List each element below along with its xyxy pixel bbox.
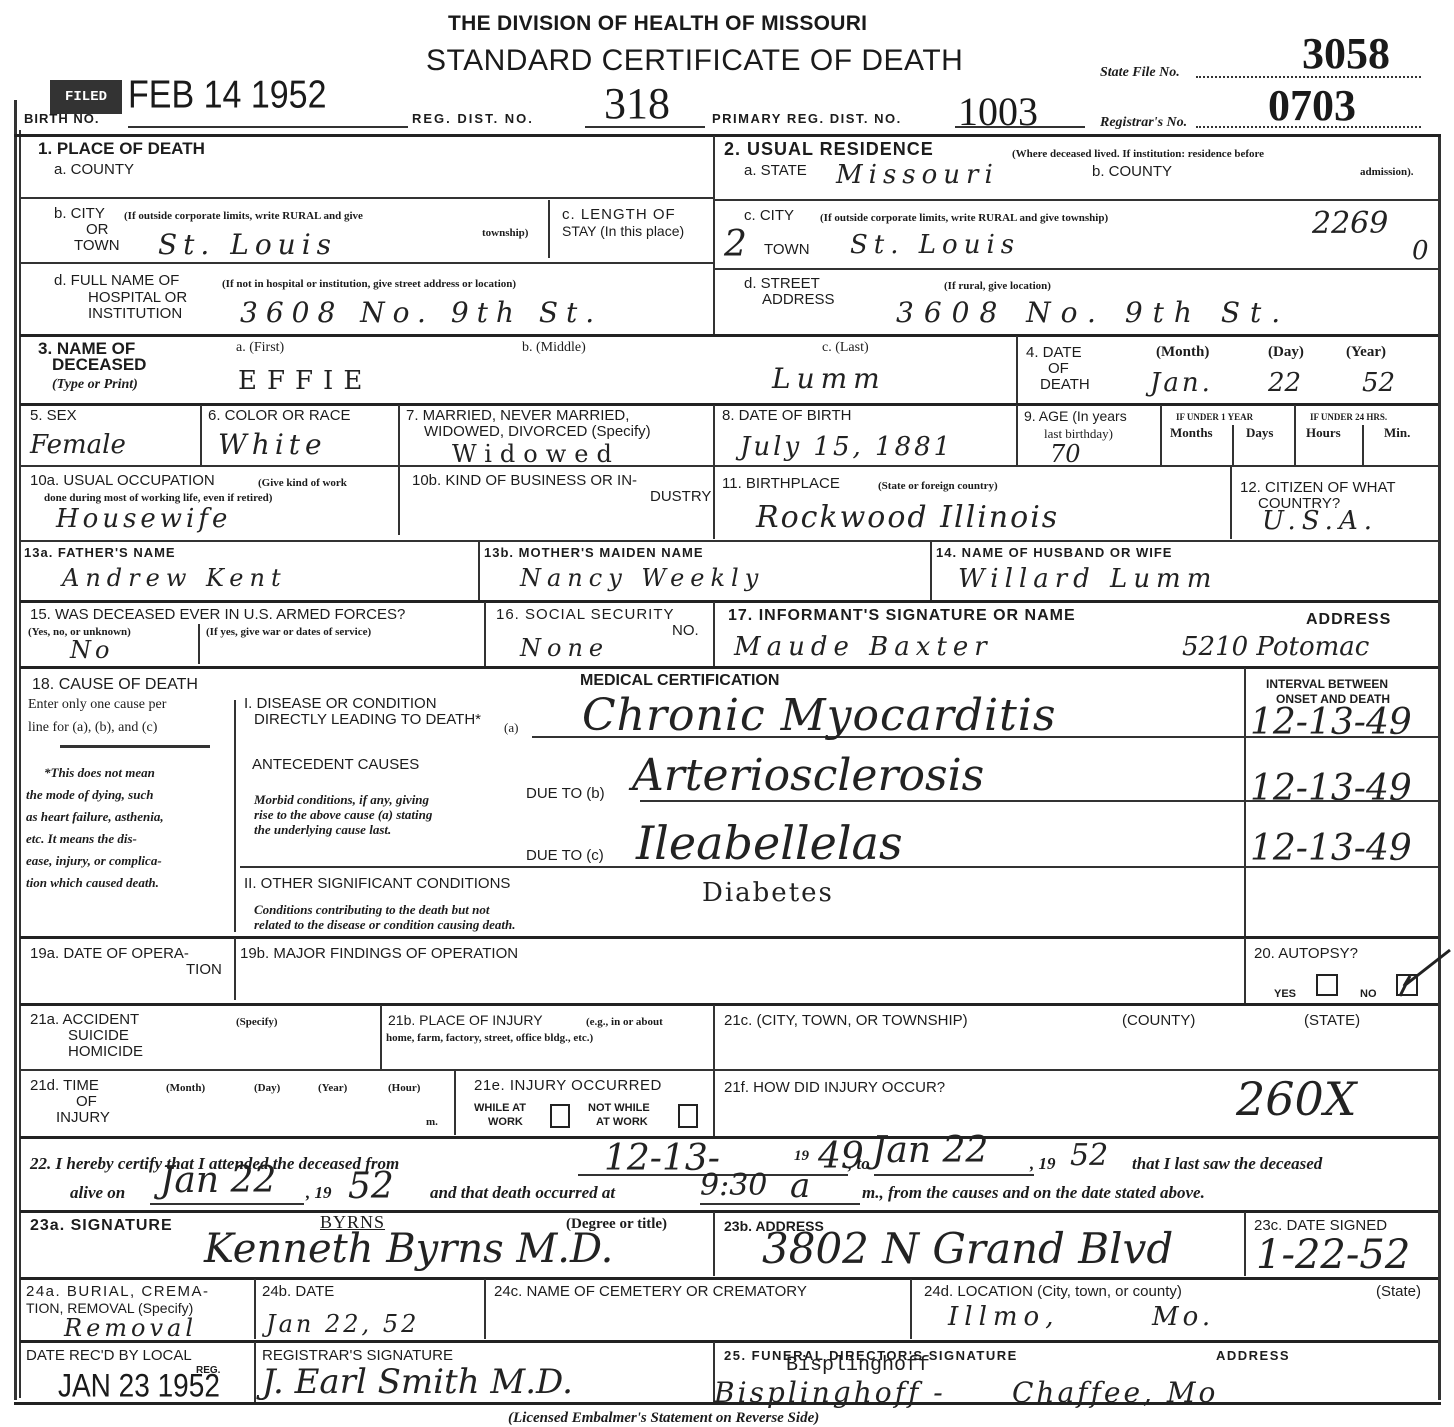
interval-label: INTERVAL BETWEEN: [1266, 678, 1388, 690]
reg-dist-value: 318: [604, 78, 670, 129]
burial-location-value: Illmo,: [948, 1302, 1059, 1332]
age-label2: last birthday): [1044, 428, 1113, 440]
death-time-suffix: m., from the causes and on the date stat…: [862, 1184, 1205, 1201]
funeral-director-typed: Bisplinghoff: [786, 1360, 930, 1372]
certify-year-prefix-2: , 19: [1030, 1155, 1056, 1172]
certify-to-year: 52: [1070, 1138, 1108, 1173]
street-label: d. STREET: [744, 276, 820, 292]
primary-reg-dist-label: PRIMARY REG. DIST. NO.: [712, 111, 902, 127]
divider-15-16: [484, 602, 486, 666]
injury-code-value: 260X: [1236, 1072, 1357, 1126]
divider-6-7: [398, 405, 400, 535]
degree-label: (Degree or title): [566, 1218, 667, 1230]
informant-label: 17. INFORMANT'S SIGNATURE OR NAME: [728, 608, 1076, 624]
cause-a-marker: (a): [504, 722, 518, 734]
divider-21d-21e: [454, 1071, 456, 1135]
spouse-value: Willard Lumm: [958, 564, 1217, 594]
signature-value: Kenneth Byrns M.D.: [204, 1226, 613, 1272]
date-received-value: JAN 23 1952: [58, 1368, 220, 1405]
marital-value: Widowed: [452, 440, 620, 468]
injury-place-label: 21b. PLACE OF INJURY: [388, 1012, 543, 1028]
occupation-value: Housewife: [56, 504, 231, 534]
race-value: White: [218, 428, 327, 461]
city-label: b. CITY: [54, 206, 105, 222]
not-while-at-work-label: NOT WHILE: [588, 1102, 650, 1114]
rule-19: [20, 1003, 1438, 1006]
place-of-death-label: 1. PLACE OF DEATH: [38, 141, 205, 157]
rule-bottom: [14, 1402, 1441, 1405]
rule-1b: [20, 262, 713, 264]
state-label: a. STATE: [744, 163, 807, 179]
autopsy-label: 20. AUTOPSY?: [1254, 946, 1358, 962]
injury-type-label: 21a. ACCIDENT: [30, 1012, 139, 1028]
injury-year-label: (Year): [318, 1082, 347, 1094]
not-while-at-work-checkbox[interactable]: [678, 1104, 698, 1128]
min-label: Min.: [1384, 427, 1410, 439]
how-injury-label: 21f. HOW DID INJURY OCCUR?: [724, 1080, 945, 1096]
rule-21a: [20, 1069, 1438, 1071]
mother-value: Nancy Weekly: [520, 564, 764, 592]
business-label2: DUSTRY: [650, 489, 711, 505]
father-value: Andrew Kent: [62, 564, 287, 592]
burial-date-label: 24b. DATE: [262, 1284, 334, 1300]
date-received-label: DATE REC'D BY LOCAL: [26, 1348, 192, 1364]
birthplace-label: 11. BIRTHPLACE: [722, 476, 840, 492]
months-label: Months: [1170, 427, 1213, 439]
frame-right: [1438, 135, 1441, 1400]
injury-place-note2: home, farm, factory, street, office bldg…: [386, 1032, 593, 1044]
physician-address-value: 3802 N Grand Blvd: [762, 1224, 1173, 1273]
date-of-death-label2: OF: [1048, 361, 1069, 377]
operation-date-label2: TION: [186, 962, 222, 978]
morbid-note-3: the underlying cause last.: [254, 821, 391, 838]
length-of-stay-label2: STAY (In this place): [562, 223, 684, 239]
injury-hour-label: (Hour): [388, 1082, 420, 1094]
street-note: (If rural, give location): [944, 280, 1051, 292]
cause-instruction-rule: [60, 745, 210, 748]
death-time-value: 9:30: [700, 1168, 767, 1203]
residence-city-label: c. CITY: [744, 208, 794, 224]
armed-forces-value: No: [70, 636, 113, 664]
cause-a-value: Chronic Myocarditis: [582, 690, 1056, 741]
type-or-print-label: (Type or Print): [52, 376, 138, 393]
residence-city-code: 2269: [1312, 206, 1388, 241]
divider-18-left: [234, 700, 236, 932]
injury-city-label: 21c. (CITY, TOWN, OR TOWNSHIP): [724, 1013, 968, 1029]
occupation-note2: done during most of working life, even i…: [44, 492, 272, 504]
reg-dist-label: REG. DIST. NO.: [412, 111, 534, 127]
footnote-line: as heart failure, asthenia,: [26, 806, 226, 828]
divider-3-4: [1016, 336, 1018, 404]
rule-5: [20, 465, 1438, 467]
antecedent-label: ANTECEDENT CAUSES: [252, 757, 419, 773]
alive-on-label: alive on: [70, 1184, 125, 1201]
residence-city-value: St. Louis: [850, 230, 1020, 260]
divider-24c-24d: [910, 1279, 912, 1339]
registrar-no-value: 0703: [1268, 80, 1356, 131]
middle-name-label: b. (Middle): [522, 342, 586, 354]
cause-instruction1: Enter only one cause per: [28, 699, 166, 711]
death-time-line: [700, 1203, 860, 1205]
birthplace-note: (State or foreign country): [878, 480, 998, 492]
birthplace-value: Rockwood Illinois: [756, 500, 1059, 535]
divider-hours-min: [1362, 425, 1364, 465]
footer-note: (Licensed Embalmer's Statement on Revers…: [508, 1410, 819, 1427]
city-or: OR: [86, 222, 109, 238]
registrar-no-label: Registrar's No.: [1100, 114, 1187, 131]
race-label: 6. COLOR OR RACE: [208, 408, 351, 424]
burial-location-state-label: (State): [1376, 1284, 1421, 1300]
first-name-label: a. (First): [236, 342, 284, 354]
spouse-label: 14. NAME OF HUSBAND OR WIFE: [936, 545, 1172, 561]
death-month-label: (Month): [1156, 346, 1209, 358]
divider-under1-under24: [1294, 405, 1296, 465]
divider-11-12: [1230, 467, 1232, 539]
street-label2: ADDRESS: [762, 292, 835, 308]
due-to-b-label: DUE TO (b): [526, 786, 605, 802]
footnote-line: *This does not mean: [26, 762, 226, 784]
cause-instruction2: line for (a), (b), and (c): [28, 722, 157, 734]
certify-text-2: that I last saw the deceased: [1132, 1155, 1322, 1172]
footnote-line: etc. It means the dis-: [26, 828, 226, 850]
occupation-label: 10a. USUAL OCCUPATION: [30, 473, 215, 489]
autopsy-no-checkmark-icon: [1390, 946, 1454, 1000]
city-town: TOWN: [74, 238, 120, 254]
state-file-label: State File No.: [1100, 64, 1180, 81]
certify-year-prefix-1: 19: [794, 1148, 809, 1165]
injury-state-label: (STATE): [1304, 1013, 1360, 1029]
footnote-line: the mode of dying, such: [26, 784, 226, 806]
divider-interval: [1244, 668, 1246, 936]
frame-left-inner: [19, 130, 21, 1398]
rule-13: [20, 600, 1438, 603]
divider-age-under1: [1160, 405, 1162, 465]
date-signed-value: 1-22-52: [1256, 1232, 1410, 1278]
alive-on-value: Jan 22: [160, 1160, 276, 1201]
under1-label: IF UNDER 1 YEAR: [1176, 411, 1253, 423]
rule-23: [20, 1277, 1438, 1280]
filed-stamp: FILED: [50, 80, 122, 114]
sex-label: 5. SEX: [30, 408, 77, 424]
informant-address-value: 5210 Potomac: [1182, 632, 1369, 662]
residence-county-label: b. COUNTY: [1092, 164, 1172, 180]
death-certificate: THE DIVISION OF HEALTH OF MISSOURI STAND…: [0, 0, 1454, 1427]
divider-23a-23b: [713, 1212, 715, 1276]
divider-10b-11: [713, 467, 715, 539]
date-of-death-label: 4. DATE: [1026, 345, 1082, 361]
under24-label: IF UNDER 24 HRS.: [1310, 411, 1387, 423]
days-label: Days: [1246, 427, 1273, 439]
signature-label: 23a. SIGNATURE: [30, 1218, 173, 1234]
interval-b-value: 12-13-49: [1250, 768, 1412, 809]
injury-m-label: m.: [426, 1116, 438, 1128]
divider-7-8: [713, 405, 715, 465]
interval-c-value: 12-13-49: [1250, 828, 1412, 869]
divider-15-yes: [198, 624, 200, 664]
city-value: St. Louis: [158, 228, 337, 261]
burial-location-state-value: Mo.: [1152, 1302, 1214, 1332]
while-at-work-checkbox[interactable]: [550, 1104, 570, 1128]
usual-residence-label: 2. USUAL RESIDENCE: [724, 141, 934, 157]
other-note-2: related to the disease or condition caus…: [254, 916, 515, 933]
birth-no-line: [128, 126, 408, 128]
certify-to-value: Jan 22: [872, 1130, 988, 1171]
age-value: 70: [1050, 440, 1081, 468]
interval-c-line: [1246, 866, 1438, 868]
not-while-at-work-label2: AT WORK: [596, 1116, 648, 1128]
autopsy-yes-label: YES: [1274, 988, 1296, 1000]
birth-no-label: BIRTH NO.: [24, 111, 99, 127]
cause-b-value: Arteriosclerosis: [632, 750, 984, 801]
sex-value: Female: [30, 430, 126, 460]
reg-dist-line: [585, 126, 705, 128]
ssn-label2: NO.: [672, 623, 699, 639]
ssn-value: None: [520, 634, 609, 662]
citizen-label: 12. CITIZEN OF WHAT: [1240, 480, 1396, 496]
divider-5-6: [200, 405, 202, 465]
rule-1d: [20, 334, 1438, 337]
burial-value: Removal: [64, 1314, 197, 1342]
residence-town-label: TOWN: [764, 242, 810, 258]
due-to-c-label: DUE TO (c): [526, 848, 604, 864]
funeral-address-label: ADDRESS: [1216, 1348, 1290, 1364]
informant-value: Maude Baxter: [734, 632, 993, 662]
death-day-label: (Day): [1268, 346, 1304, 358]
divider-rec-registrar: [254, 1342, 256, 1402]
registrar-signature-value: J. Earl Smith M.D.: [262, 1362, 573, 1402]
citizen-value: U.S.A.: [1262, 506, 1378, 536]
divider-13b-14: [930, 540, 932, 600]
divider-16-17: [713, 602, 715, 666]
cause-footnote: *This does not mean the mode of dying, s…: [26, 762, 226, 894]
rule-22: [20, 1210, 1438, 1213]
injury-time-label3: INJURY: [56, 1110, 110, 1126]
death-year-label: (Year): [1346, 346, 1386, 358]
marital-label2: WIDOWED, DIVORCED (Specify): [424, 424, 651, 440]
dob-label: 8. DATE OF BIRTH: [722, 408, 851, 424]
death-day-value: 22: [1268, 368, 1301, 398]
burial-label: 24a. BURIAL, CREMA-: [26, 1284, 210, 1300]
last-name-label: c. (Last): [822, 342, 869, 354]
certificate-title: STANDARD CERTIFICATE OF DEATH: [426, 44, 963, 78]
ssn-label: 16. SOCIAL SECURITY: [496, 607, 675, 623]
divider-1-2: [713, 136, 715, 336]
injury-place-note: (e.g., in or about: [586, 1016, 663, 1028]
city-note-township: township): [482, 227, 528, 239]
cause-of-death-label: 18. CAUSE OF DEATH: [32, 677, 198, 693]
divider-1b-1c: [548, 200, 550, 258]
death-am-pm: a: [790, 1166, 810, 1206]
injury-time-label2: OF: [76, 1094, 97, 1110]
divider-months-days: [1232, 425, 1234, 465]
other-conditions-value: Diabetes: [702, 878, 834, 908]
length-of-stay-label: c. LENGTH OF: [562, 207, 676, 223]
mother-label: 13b. MOTHER'S MAIDEN NAME: [484, 545, 704, 561]
city-note: (If outside corporate limits, write RURA…: [124, 210, 363, 222]
footnote-line: ease, injury, or complica-: [26, 850, 226, 872]
alive-on-line: [150, 1203, 304, 1205]
primary-reg-dist-line: [955, 126, 1085, 128]
name-of-deceased-label2: DECEASED: [52, 357, 146, 373]
father-label: 13a. FATHER'S NAME: [24, 545, 176, 561]
alive-year: 52: [348, 1166, 394, 1207]
other-conditions-label: II. OTHER SIGNIFICANT CONDITIONS: [244, 876, 510, 892]
frame-left: [14, 100, 17, 1400]
certify-to-label: , to: [848, 1155, 870, 1172]
certify-year-prefix-3: , 19: [306, 1184, 332, 1201]
certify-to-line: [874, 1174, 1034, 1176]
business-label: 10b. KIND OF BUSINESS OR IN-: [412, 473, 637, 489]
residence-city-code-sub: 0: [1412, 236, 1429, 266]
occupation-note: (Give kind of work: [258, 477, 347, 489]
dob-value: July 15, 1881: [740, 432, 953, 462]
burial-date-value: Jan 22, 52: [266, 1310, 419, 1338]
first-name-value: EFFIE: [238, 366, 372, 396]
disease-label2: DIRECTLY LEADING TO DEATH*: [254, 712, 481, 728]
hospital-value: 3608 No. 9th St.: [240, 296, 602, 329]
rule-2a: [715, 199, 1438, 201]
cemetery-label: 24c. NAME OF CEMETERY OR CREMATORY: [494, 1284, 807, 1300]
hospital-label2: HOSPITAL OR: [88, 290, 187, 306]
residence-margin-mark: 2: [724, 224, 747, 265]
autopsy-no-label: NO: [1360, 988, 1377, 1000]
state-file-value: 3058: [1302, 28, 1390, 79]
injury-time-label: 21d. TIME: [30, 1078, 99, 1094]
marital-label: 7. MARRIED, NEVER MARRIED,: [406, 408, 629, 424]
death-month-value: Jan.: [1150, 368, 1213, 398]
usual-residence-note2: admission).: [1360, 166, 1414, 178]
header-rule: [14, 134, 1441, 137]
rule-24: [20, 1340, 1438, 1343]
divider-8-9: [1016, 405, 1018, 465]
while-at-work-label: WHILE AT: [474, 1102, 526, 1114]
armed-forces-note2: (If yes, give war or dates of service): [206, 626, 371, 638]
divider-24b-24c: [484, 1279, 486, 1339]
rule-10: [20, 540, 1438, 542]
division-title: THE DIVISION OF HEALTH OF MISSOURI: [448, 12, 867, 36]
rule-21d: [20, 1136, 1438, 1139]
operation-findings-label: 19b. MAJOR FINDINGS OF OPERATION: [240, 946, 518, 962]
interval-a-line: [1246, 736, 1438, 738]
divider-13a-13b: [478, 540, 480, 600]
injury-type-label2: SUICIDE: [68, 1028, 129, 1044]
disease-label: I. DISEASE OR CONDITION: [244, 696, 437, 712]
divider-19b-20: [1244, 938, 1246, 1004]
rule-18: [20, 936, 1438, 939]
street-value: 3608 No. 9th St.: [896, 296, 1290, 329]
divider-19a-19b: [234, 938, 236, 1000]
injury-county-label: (COUNTY): [1122, 1013, 1195, 1029]
filed-date: FEB 14 1952: [128, 73, 326, 118]
divider-23b-23c: [1244, 1212, 1246, 1276]
state-value: Missouri: [836, 160, 999, 190]
autopsy-yes-checkbox[interactable]: [1316, 974, 1338, 996]
death-occurred-label: and that death occurred at: [430, 1184, 615, 1201]
residence-city-note: (If outside corporate limits, write RURA…: [820, 212, 1108, 224]
interval-b-line: [1246, 800, 1438, 802]
age-label: 9. AGE (In years: [1024, 408, 1127, 424]
footnote-line: tion which caused death.: [26, 872, 226, 894]
rule-3: [20, 403, 1438, 406]
operation-date-label: 19a. DATE OF OPERA-: [30, 946, 189, 962]
rule-1a: [20, 197, 713, 199]
medical-certification-label: MEDICAL CERTIFICATION: [580, 673, 779, 689]
injury-month-label: (Month): [166, 1082, 205, 1094]
hospital-note: (If not in hospital or institution, give…: [222, 278, 516, 290]
county-label: a. COUNTY: [54, 162, 134, 178]
hospital-label3: INSTITUTION: [88, 306, 182, 322]
divider-21b-21c: [713, 1005, 715, 1137]
last-name-value: Lumm: [772, 362, 886, 395]
cause-c-value: Ileabellelas: [636, 816, 903, 870]
while-at-work-label2: WORK: [488, 1116, 523, 1128]
divider-24a-24b: [254, 1279, 256, 1339]
death-year-value: 52: [1362, 368, 1395, 398]
burial-location-label: 24d. LOCATION (City, town, or county): [924, 1284, 1182, 1300]
informant-address-label: ADDRESS: [1306, 612, 1391, 628]
armed-forces-label: 15. WAS DECEASED EVER IN U.S. ARMED FORC…: [30, 607, 405, 623]
usual-residence-note: (Where deceased lived. If institution: r…: [1012, 148, 1264, 160]
hours-label: Hours: [1306, 427, 1341, 439]
divider-21a-21b: [380, 1005, 382, 1069]
date-of-death-label3: DEATH: [1040, 377, 1090, 393]
injury-occurred-label: 21e. INJURY OCCURRED: [474, 1078, 662, 1094]
injury-type-label3: HOMICIDE: [68, 1044, 143, 1060]
injury-specify-label: (Specify): [236, 1016, 278, 1028]
rule-15: [20, 666, 1438, 669]
rule-2c: [715, 268, 1438, 270]
injury-day-label: (Day): [254, 1082, 280, 1094]
hospital-label: d. FULL NAME OF: [54, 273, 179, 289]
